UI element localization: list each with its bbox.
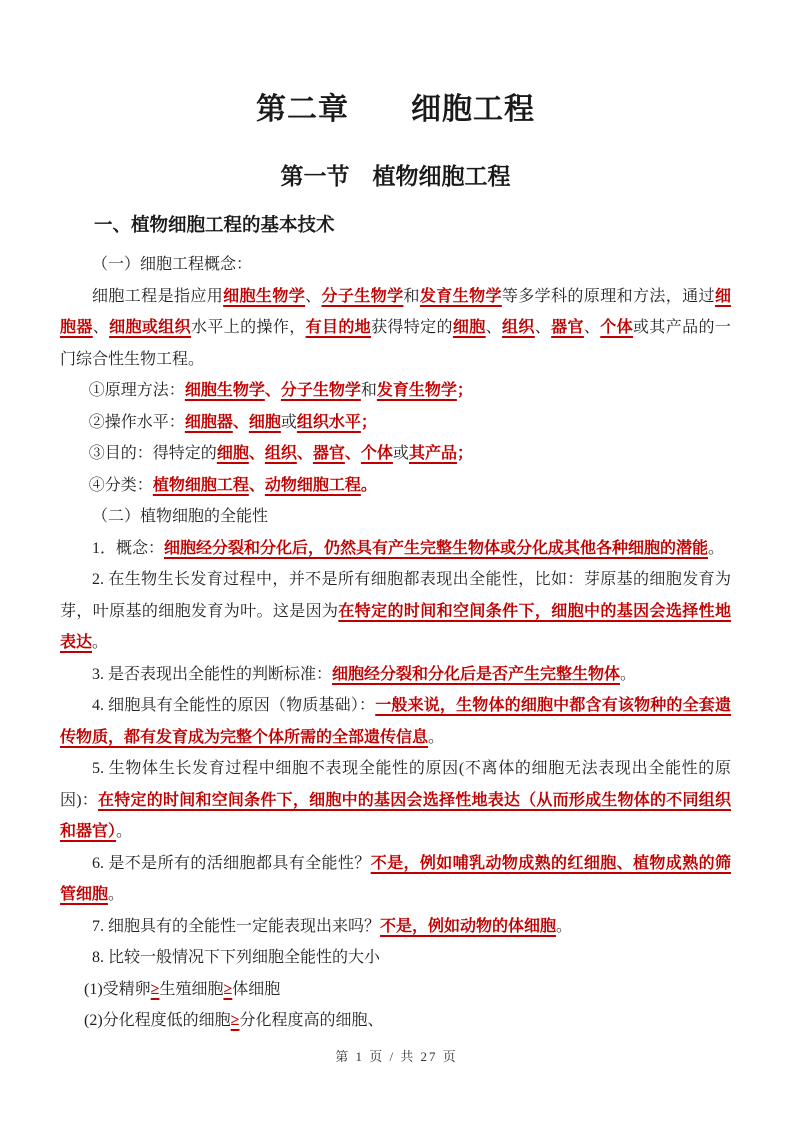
- highlighted-text-run: 、: [249, 477, 265, 494]
- highlighted-text-run: 不是，例如动物的体细胞: [380, 918, 556, 935]
- text-run: 获得特定的: [371, 319, 453, 336]
- highlighted-text-run: 细胞经分裂和分化后是否产生完整生物体: [332, 666, 620, 683]
- highlighted-text-run: 、: [249, 445, 265, 462]
- highlighted-text-run: 细胞生物学: [185, 382, 265, 399]
- text-run: ②操作水平：: [89, 414, 185, 431]
- highlighted-text-run: 植物细胞工程: [153, 477, 249, 494]
- highlighted-text-run: 器官: [313, 445, 345, 462]
- highlighted-text-run: 在特定的时间和空间条件下，细胞中的基因会选择性地表达（从而形成生物体的不同组织和…: [60, 792, 731, 841]
- text-run: ③目的：得特定的: [89, 445, 217, 462]
- text-run: ④分类：: [89, 477, 153, 494]
- text-run: 、: [305, 288, 321, 305]
- paragraph: ①原理方法：细胞生物学、分子生物学和发育生物学；: [60, 375, 731, 407]
- text-run: ①原理方法：: [89, 382, 185, 399]
- text-run: (2)分化程度低的细胞: [84, 1012, 231, 1029]
- text-run: （二）植物细胞的全能性: [92, 508, 268, 525]
- text-run: 体细胞: [232, 981, 280, 998]
- text-run: 、: [93, 319, 109, 336]
- highlighted-text-run: 细胞: [453, 319, 486, 336]
- section-title: 第一节 植物细胞工程: [60, 158, 731, 191]
- text-run: 、: [535, 319, 551, 336]
- paragraph: 3. 是否表现出全能性的判断标准：细胞经分裂和分化后是否产生完整生物体。: [60, 659, 731, 691]
- text-run: 、: [584, 319, 600, 336]
- paragraph: 8. 比较一般情况下下列细胞全能性的大小: [60, 942, 731, 974]
- highlighted-text-run: ；: [457, 445, 473, 462]
- text-run: 。: [556, 918, 572, 935]
- highlighted-text-run: 、: [265, 382, 281, 399]
- highlighted-text-run: 细胞经分裂和分化后，仍然具有产生完整生物体或分化成其他各种细胞的潜能: [164, 540, 708, 557]
- text-run: 。: [620, 666, 636, 683]
- highlighted-text-run: 、: [345, 445, 361, 462]
- text-run: 或: [393, 445, 409, 462]
- highlighted-text-run: 发育生物学: [377, 382, 457, 399]
- text-run: 1．概念：: [92, 540, 164, 557]
- section-heading: 一、植物细胞工程的基本技术: [60, 211, 731, 237]
- highlighted-text-run: 。: [361, 477, 377, 494]
- highlighted-text-run: 细胞器: [185, 414, 233, 431]
- document-body: （一）细胞工程概念：细胞工程是指应用细胞生物学、分子生物学和发育生物学等多学科的…: [60, 249, 731, 1037]
- text-run: 分化程度高的细胞、: [239, 1012, 383, 1029]
- highlighted-text-run: 个体: [361, 445, 393, 462]
- chapter-title: 第二章 细胞工程: [60, 84, 731, 128]
- text-run: 细胞工程是指应用: [92, 288, 223, 305]
- highlighted-text-run: 细胞: [217, 445, 249, 462]
- paragraph: 7. 细胞具有的全能性一定能表现出来吗？不是，例如动物的体细胞。: [60, 911, 731, 943]
- highlighted-text-run: ；: [457, 382, 473, 399]
- text-run: 和: [361, 382, 377, 399]
- text-run: 4. 细胞具有全能性的原因（物质基础）：: [92, 697, 375, 714]
- paragraph: 2. 在生物生长发育过程中，并不是所有细胞都表现出全能性，比如：芽原基的细胞发育…: [60, 564, 731, 659]
- highlighted-text-run: 细胞: [249, 414, 281, 431]
- highlighted-text-run: 、: [233, 414, 249, 431]
- paragraph: 5. 生物体生长发育过程中细胞不表现全能性的原因(不离体的细胞无法表现出全能性的…: [60, 753, 731, 848]
- paragraph: (1)受精卵≥生殖细胞≥体细胞: [60, 974, 731, 1006]
- paragraph: （二）植物细胞的全能性: [60, 501, 731, 533]
- text-run: 水平上的操作，: [191, 319, 306, 336]
- highlighted-text-run: 分子生物学: [322, 288, 404, 305]
- highlighted-text-run: ≥: [223, 981, 232, 998]
- highlighted-text-run: 器官: [551, 319, 584, 336]
- text-run: 。: [428, 729, 444, 746]
- highlighted-text-run: 、: [297, 445, 313, 462]
- highlighted-text-run: 细胞或组织: [109, 319, 191, 336]
- paragraph: 细胞工程是指应用细胞生物学、分子生物学和发育生物学等多学科的原理和方法，通过细胞…: [60, 281, 731, 376]
- highlighted-text-run: 细胞生物学: [223, 288, 305, 305]
- text-run: 和: [403, 288, 419, 305]
- highlighted-text-run: 分子生物学: [281, 382, 361, 399]
- highlighted-text-run: 组织水平: [297, 414, 361, 431]
- text-run: 。: [92, 634, 108, 651]
- page-number-indicator: 第 1 页 / 共 27 页: [0, 1046, 793, 1065]
- highlighted-text-run: 个体: [600, 319, 633, 336]
- highlighted-text-run: 动物细胞工程: [265, 477, 361, 494]
- paragraph: 4. 细胞具有全能性的原因（物质基础）：一般来说，生物体的细胞中都含有该物种的全…: [60, 690, 731, 753]
- highlighted-text-run: 有目的地: [306, 319, 371, 336]
- highlighted-text-run: 组织: [502, 319, 535, 336]
- text-run: 8. 比较一般情况下下列细胞全能性的大小: [92, 949, 380, 966]
- paragraph: 1．概念：细胞经分裂和分化后，仍然具有产生完整生物体或分化成其他各种细胞的潜能。: [60, 533, 731, 565]
- highlighted-text-run: 发育生物学: [420, 288, 502, 305]
- highlighted-text-run: 组织: [265, 445, 297, 462]
- text-run: 、: [486, 319, 502, 336]
- text-run: 生殖细胞: [159, 981, 223, 998]
- text-run: 等多学科的原理和方法，通过: [502, 288, 715, 305]
- highlighted-text-run: 其产品: [409, 445, 457, 462]
- text-run: 7. 细胞具有的全能性一定能表现出来吗？: [92, 918, 380, 935]
- document-page: 第二章 细胞工程 第一节 植物细胞工程 一、植物细胞工程的基本技术 （一）细胞工…: [0, 0, 793, 1122]
- text-run: 3. 是否表现出全能性的判断标准：: [92, 666, 332, 683]
- paragraph: 6. 是不是所有的活细胞都具有全能性？不是，例如哺乳动物成熟的红细胞、植物成熟的…: [60, 848, 731, 911]
- text-run: 。: [116, 823, 132, 840]
- paragraph: （一）细胞工程概念：: [60, 249, 731, 281]
- paragraph: ②操作水平：细胞器、细胞或组织水平；: [60, 407, 731, 439]
- text-run: 6. 是不是所有的活细胞都具有全能性？: [92, 855, 371, 872]
- text-run: 或: [281, 414, 297, 431]
- paragraph: ④分类：植物细胞工程、动物细胞工程。: [60, 470, 731, 502]
- highlighted-text-run: ；: [361, 414, 377, 431]
- paragraph: (2)分化程度低的细胞≥分化程度高的细胞、: [60, 1005, 731, 1037]
- text-run: 。: [108, 886, 124, 903]
- paragraph: ③目的：得特定的细胞、组织、器官、个体或其产品；: [60, 438, 731, 470]
- text-run: (1)受精卵: [84, 981, 151, 998]
- text-run: 。: [708, 540, 724, 557]
- text-run: （一）细胞工程概念：: [92, 256, 252, 273]
